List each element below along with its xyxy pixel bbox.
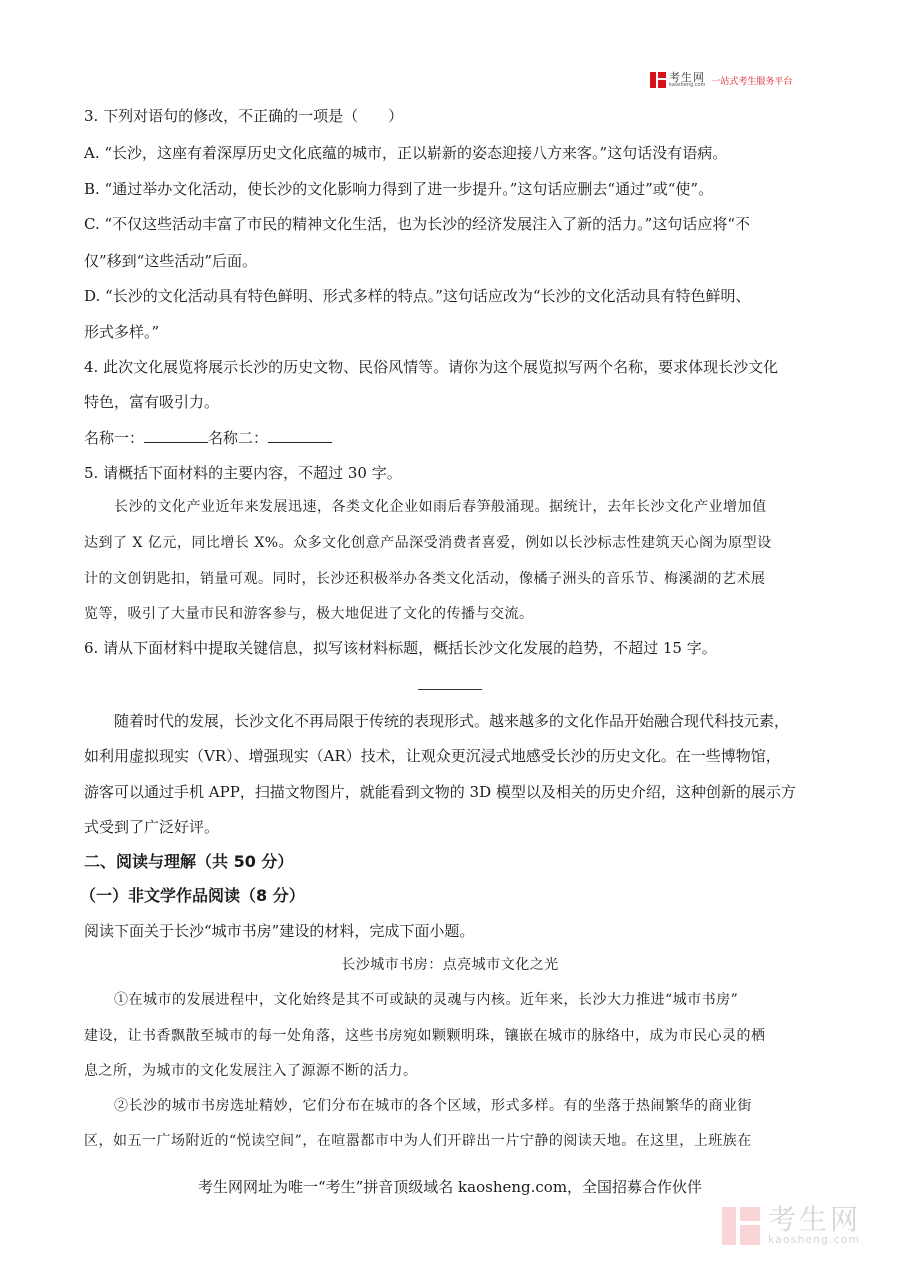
q5-material-line4: 览等，吸引了大量市民和游客参与，极大地促进了文化的传播与交流。 (84, 604, 534, 624)
q6-material-line1: 随着时代的发展，长沙文化不再局限于传统的表现形式。越来越多的文化作品开始融合现代… (114, 711, 789, 731)
watermark-cn: 考生网 (768, 1206, 861, 1234)
q4-line2: 特色，富有吸引力。 (84, 392, 219, 412)
q3-option-d-line2: 形式多样。” (84, 322, 159, 342)
logo-text: 考生网 kaosheng.com (669, 72, 705, 88)
title-blank-line[interactable] (418, 689, 482, 690)
kaosheng-logo-icon (650, 72, 666, 88)
q5-material-line3: 计的文创钥匙扣，销量可观。同时，长沙还积极举办各类文化活动，像橘子洲头的音乐节、… (84, 569, 766, 589)
q3-option-d-line1: D. “长沙的文化活动具有特色鲜明、形式多样的特点。”这句话应改为“长沙的文化活… (84, 286, 751, 306)
q5-stem: 5. 请概括下面材料的主要内容，不超过 30 字。 (84, 463, 402, 483)
q6-material-line4: 式受到了广泛好评。 (84, 817, 219, 837)
q6-material-line3: 游客可以通过手机 APP，扫描文物图片，就能看到文物的 3D 模型以及相关的历史… (84, 782, 796, 802)
para1-line2: 建设，让书香飘散至城市的每一处角落，这些书房宛如颗颗明珠，镶嵌在城市的脉络中，成… (84, 1026, 766, 1046)
subsection-title: （一）非文学作品阅读（8 分） (80, 886, 305, 906)
header-logo: 考生网 kaosheng.com 一站式考生服务平台 (650, 72, 792, 88)
para2-line2: 区，如五一广场附近的“悦读空间”，在喧嚣都市中为人们开辟出一片宁静的阅读天地。在… (84, 1131, 752, 1151)
q4-names: 名称一：名称二： (84, 428, 332, 448)
name1-label: 名称一： (84, 429, 144, 447)
para2-line1: ②长沙的城市书房选址精妙，它们分布在城市的各个区域，形式多样。有的坐落于热闹繁华… (114, 1096, 752, 1116)
name2-blank[interactable] (268, 428, 332, 443)
q3-option-a: A. “长沙，这座有着深厚历史文化底蕴的城市，正以崭新的姿态迎接八方来客。”这句… (84, 143, 727, 163)
q3-option-c-line2: 仅”移到“这些活动”后面。 (84, 251, 257, 271)
q3-option-b: B. “通过举办文化活动，使长沙的文化影响力得到了进一步提升。”这句话应删去“通… (84, 179, 713, 199)
q5-material-line1: 长沙的文化产业近年来发展迅速，各类文化企业如雨后春笋般涌现。据统计，去年长沙文化… (114, 497, 767, 517)
q3-option-c-line1: C. “不仅这些活动丰富了市民的精神文化生活，也为长沙的经济发展注入了新的活力。… (84, 214, 750, 234)
watermark-en: kaosheng.com (768, 1234, 861, 1245)
logo-en: kaosheng.com (669, 83, 705, 88)
reading-intro: 阅读下面关于长沙“城市书房”建设的材料，完成下面小题。 (84, 921, 474, 941)
name2-label: 名称二： (208, 429, 268, 447)
q6-material-line2: 如利用虚拟现实（VR）、增强现实（AR）技术，让观众更沉浸式地感受长沙的历史文化… (84, 746, 781, 766)
q4-line1: 4. 此次文化展览将展示长沙的历史文物、民俗风情等。请你为这个展览拟写两个名称，… (84, 357, 778, 377)
footer-text: 考生网网址为唯一“考生”拼音顶级域名 kaosheng.com，全国招募合作伙伴 (0, 1176, 900, 1197)
watermark-text: 考生网 kaosheng.com (768, 1206, 861, 1245)
q3-stem: 3. 下列对语句的修改，不正确的一项是（ ） (84, 106, 403, 126)
watermark-logo-icon (722, 1207, 760, 1245)
section-title: 二、阅读与理解（共 50 分） (84, 852, 293, 872)
document-page: 考生网 kaosheng.com 一站式考生服务平台 3. 下列对语句的修改，不… (0, 0, 900, 1272)
q6-stem: 6. 请从下面材料中提取关键信息，拟写该材料标题，概括长沙文化发展的趋势，不超过… (84, 638, 717, 658)
logo-slogan: 一站式考生服务平台 (711, 74, 792, 87)
watermark: 考生网 kaosheng.com (722, 1206, 861, 1245)
article-title: 长沙城市书房：点亮城市文化之光 (0, 955, 900, 975)
q5-material-line2: 达到了 X 亿元，同比增长 X%。众多文化创意产品深受消费者喜爱，例如以长沙标志… (84, 533, 772, 553)
para1-line3: 息之所，为城市的文化发展注入了源源不断的活力。 (84, 1061, 418, 1081)
name1-blank[interactable] (144, 428, 208, 443)
para1-line1: ①在城市的发展进程中，文化始终是其不可或缺的灵魂与内核。近年来，长沙大力推进“城… (114, 990, 738, 1010)
